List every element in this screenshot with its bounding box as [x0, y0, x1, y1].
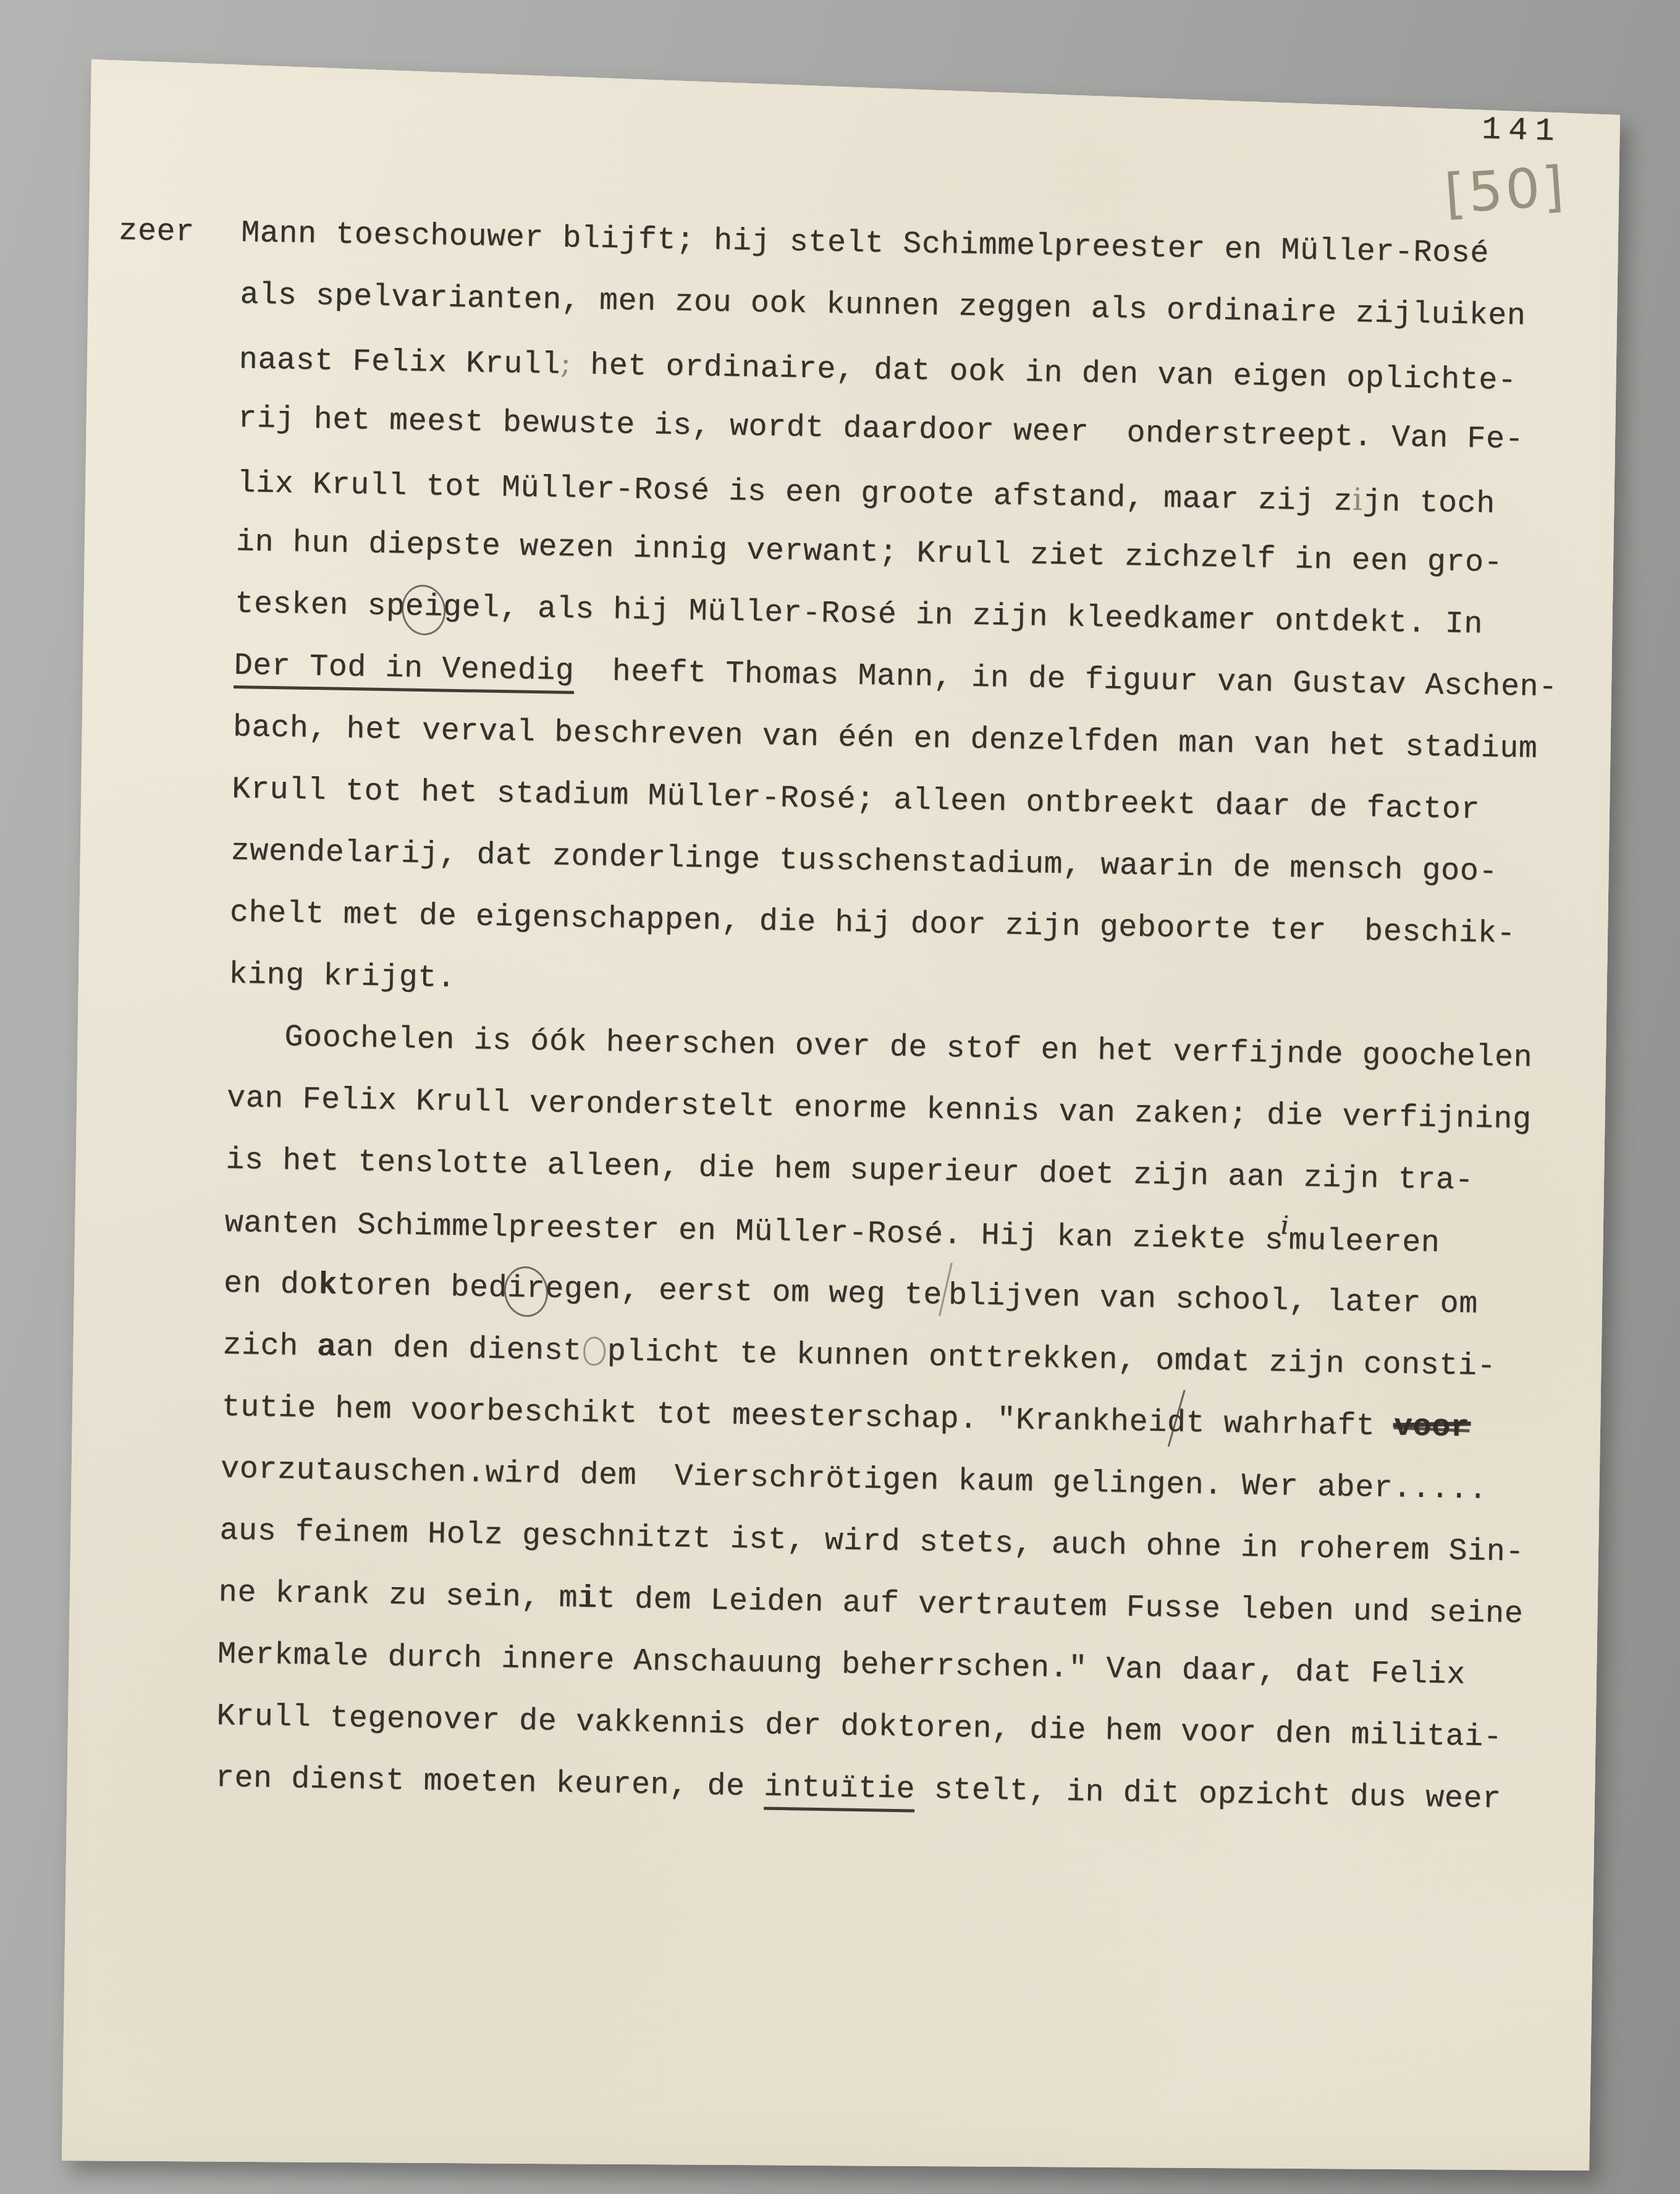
paper-sheet: 141 [50] zeerMann toeschouwer blijft; hi…	[0, 0, 1680, 2194]
typed-text: Krull tegenover de vakkennis der doktore…	[216, 1699, 1503, 1755]
photo-background: 141 [50] zeerMann toeschouwer blijft; hi…	[0, 0, 1680, 2194]
typed-text: als spelvarianten, men zou ook kunnen ze…	[240, 277, 1526, 334]
pencil-annotation: i	[1353, 481, 1364, 517]
corrected-text: d	[1167, 1405, 1186, 1441]
corrected-text: k	[318, 1268, 338, 1303]
corrected-text: ei	[405, 590, 443, 625]
typed-text-block: zeerMann toeschouwer blijft; hij stelt S…	[215, 203, 1601, 1832]
typed-text: ne krank zu sein, m	[218, 1575, 578, 1617]
typed-text: egen, eerst om weg te	[545, 1271, 943, 1313]
typed-text: en do	[224, 1266, 319, 1303]
typed-text: Merkmale durch innere Anschauung beherrs…	[217, 1637, 1466, 1693]
typed-text: stelt, in dit opzicht dus weer	[915, 1772, 1502, 1817]
corrected-text: ir	[507, 1271, 546, 1307]
corrected-text: i	[1280, 1194, 1290, 1256]
typed-text: in hun diepste wezen innig verwant; Krul…	[235, 525, 1503, 581]
pencil-sheet-number: [50]	[1443, 154, 1568, 226]
typed-text: Goochelen is óók heerschen over de stof …	[227, 1019, 1532, 1076]
corrected-text: i	[578, 1581, 597, 1616]
typed-text: chelt met de eigenschappen, die hij door…	[230, 896, 1516, 952]
typed-text: bach, het verval beschreven van één en d…	[232, 710, 1537, 767]
corrected-text: intuïtie	[764, 1769, 916, 1812]
margin-note: zeer	[118, 201, 195, 264]
typed-text: king krijgt.	[229, 957, 456, 996]
correction-slash-mark	[942, 1276, 949, 1307]
typed-text: jn toch	[1362, 485, 1495, 522]
typed-text: ren dienst moeten keuren, de	[215, 1761, 764, 1805]
correction-circle-mark	[583, 1336, 606, 1366]
typed-text: heeft Thomas Mann, in de figuur van Gust…	[574, 654, 1558, 705]
page-number: 141	[1481, 111, 1562, 150]
typed-text: plicht te kunnen onttrekken, omdat zijn …	[607, 1334, 1496, 1384]
typed-text: tutie hem voorbeschikt tot meesterschap.…	[221, 1390, 1167, 1441]
typed-text: toren bed	[337, 1268, 507, 1307]
typed-text: tesken sp	[235, 587, 405, 625]
typed-text: zich	[222, 1328, 318, 1365]
typed-text: rij het meest bewuste is, wordt daardoor…	[238, 401, 1524, 457]
typed-text: is het tenslotte alleen, die hem superie…	[226, 1143, 1474, 1198]
corrected-text: a	[317, 1329, 337, 1365]
typed-text: Mann toeschouwer blijft; hij stelt Schim…	[241, 216, 1490, 271]
typed-text: an den dienst	[336, 1330, 583, 1370]
typed-text: lix Krull tot Müller-Rosé is een groote …	[237, 466, 1353, 520]
typed-text: naast Felix Krull	[238, 342, 560, 383]
pencil-annotation: ;	[560, 345, 572, 381]
typed-text: t wahrhaft	[1186, 1406, 1395, 1445]
typed-text: Krull tot het stadium Müller-Rosé; allee…	[232, 772, 1480, 828]
typed-text: muleeren	[1288, 1223, 1440, 1261]
corrected-text: Der Tod in Venedig	[234, 648, 575, 694]
typed-text: gel, als hij Müller-Rosé in zijn kleedka…	[442, 590, 1483, 643]
typed-text: aus feinem Holz geschnitzt ist, wird ste…	[219, 1514, 1524, 1570]
corrected-text: voor	[1393, 1409, 1469, 1446]
typed-text: t dem Leiden auf vertrautem Fusse leben …	[596, 1582, 1523, 1632]
typed-text: zwendelarij, dat zonderlinge tusschensta…	[230, 834, 1498, 890]
typed-text: het ordinaire, dat ook in den van eigen …	[571, 348, 1517, 399]
typed-text: blijven van school, later om	[948, 1278, 1478, 1322]
typed-text: van Felix Krull veronderstelt enorme ken…	[227, 1081, 1532, 1138]
typed-text: vorzutauschen.wird dem Vierschrötigen ka…	[221, 1452, 1488, 1508]
typed-text: wanten Schimmelpreester en Müller-Rosé. …	[224, 1206, 1284, 1258]
